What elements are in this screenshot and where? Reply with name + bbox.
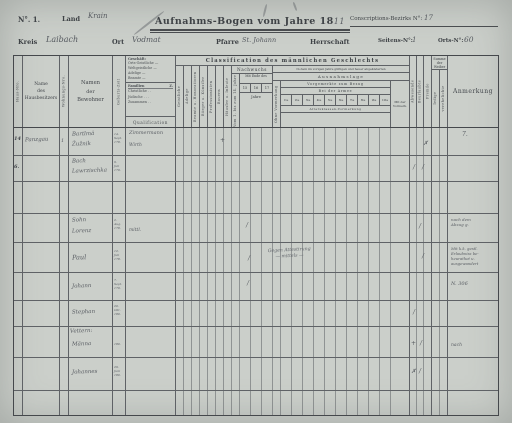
cell-birth: [113, 182, 126, 213]
column-rule-line: [391, 301, 410, 326]
column-rule-line: [314, 214, 325, 242]
age-col: 8te: [358, 95, 369, 105]
column-rule-line: [240, 156, 251, 181]
column-rule-line: [176, 301, 184, 326]
column-rule-line: [325, 243, 336, 272]
cell-hausnr: [14, 214, 23, 242]
summe-subcol-label: verehelichte: [440, 70, 447, 127]
class-vcol: Geistliche: [176, 66, 184, 127]
cell-classification: [176, 182, 410, 213]
table-row: Johannes 29.Juni180. ✗ /: [14, 358, 498, 391]
column-rule-line: [176, 391, 184, 415]
column-rule-line: [336, 273, 347, 300]
column-rule-line: [251, 358, 262, 390]
column-rule-line: [216, 182, 224, 213]
cell-birth: 12.Juli178.: [113, 243, 126, 272]
column-rule-line: [347, 156, 358, 181]
year-col: 16: [251, 84, 262, 92]
column-rule-line: [314, 327, 325, 357]
cell-classification: +: [176, 128, 410, 155]
cell-owner: [23, 156, 60, 181]
ausnahmslage-label: Ausnahmslage: [273, 73, 409, 81]
wohnnr-value: 1: [61, 138, 64, 144]
cell-name: Stephan: [69, 301, 113, 326]
summe-subcol: verehelichte: [440, 70, 447, 127]
status-mark: /: [422, 164, 424, 171]
column-rule-line: [424, 214, 432, 242]
column-rule-line: [273, 327, 281, 357]
status-mark: ✗: [423, 140, 428, 147]
column-rule-line: [262, 358, 273, 390]
status-mark: ✗: [411, 368, 416, 375]
column-rule-line: [424, 243, 432, 272]
summe-title: Summe der Weiber: [432, 56, 447, 70]
jahre-caption: Jahre: [240, 93, 272, 101]
cell-anmerkung: nach: [448, 327, 498, 357]
cell-summe: [432, 156, 448, 181]
column-rule-line: [336, 128, 347, 155]
age-col: 3te: [303, 95, 314, 105]
column-rule-line: [208, 273, 216, 300]
column-rule-line: [208, 214, 216, 242]
column-rule-line: [325, 327, 336, 357]
column-rule-line: [391, 243, 410, 272]
col-header-anmerkung: Anmerkung: [448, 56, 498, 127]
column-rule-line: [314, 182, 325, 213]
qualification-value: mittl.: [129, 228, 141, 233]
column-rule-line: [208, 243, 216, 272]
status-vcol: Beurlaubte: [417, 56, 424, 127]
column-rule-line: [200, 301, 208, 326]
inhabitant-name: Lorenz: [72, 228, 111, 235]
col-header-hausbesitzer: Name des Hausbesitzers: [23, 56, 60, 127]
cell-status: + /: [410, 327, 432, 357]
cell-name: Bartlmä Žužnik: [69, 128, 113, 155]
column-rule-line: [224, 358, 232, 390]
column-rule-line: [410, 214, 417, 242]
seiten-label: Seitens-N°:: [378, 38, 413, 44]
classification-mark: +: [220, 137, 225, 144]
anmerkung-value: N. 306: [451, 281, 497, 288]
column-rule-line: [176, 156, 184, 181]
table-header: Haus-Nro. Name des Hausbesitzers Wohnung…: [14, 56, 498, 128]
column-rule-line: [208, 391, 216, 415]
column-rule-line: [440, 327, 448, 357]
column-rule-line: [369, 214, 380, 242]
column-rule-line: [325, 301, 336, 326]
column-rule-line: [292, 214, 303, 242]
column-rule-line: [184, 214, 192, 242]
cell-status: / /: [410, 156, 432, 181]
column-rule-line: [251, 214, 262, 242]
col-group-status: Abwesende Beurlaubte Fremde: [410, 56, 432, 127]
column-rule-line: [292, 391, 303, 415]
column-rule-line: [200, 182, 208, 213]
column-rule-line: [176, 128, 184, 155]
birth-line: 180.: [114, 374, 125, 378]
cell-classification: / Gegen Attestirung — mittels —: [176, 243, 410, 272]
class-vcol-label: Bürger u. Künstler: [200, 66, 207, 127]
cell-owner: [23, 358, 60, 390]
column-rule-line: [184, 358, 192, 390]
column-rule-line: [303, 182, 314, 213]
cell-wohnnr: [60, 182, 69, 213]
cell-hausnr: [14, 301, 23, 326]
cell-wohnnr: [60, 273, 69, 300]
column-rule-line: [347, 273, 358, 300]
kreis-label: Kreis: [18, 38, 37, 46]
cell-classification: [176, 301, 410, 326]
cell-anmerkung: N. 306: [448, 273, 498, 300]
cell-owner: [23, 273, 60, 300]
column-rule-line: [224, 243, 232, 272]
column-rule-line: [303, 358, 314, 390]
column-rule-line: [184, 327, 192, 357]
status-mark: /: [420, 340, 422, 347]
cell-birth: 180.: [113, 327, 126, 357]
column-rule-line: [325, 156, 336, 181]
column-rule-line: [358, 273, 369, 300]
summe-subcol: ledige: [432, 70, 440, 127]
bewohner-label-1: Namen: [81, 79, 100, 87]
column-rule-line: [232, 358, 240, 390]
right-group-line1: In dem im vorigen Jahre gültigen und heu…: [273, 66, 409, 73]
cell-status: /: [410, 243, 432, 272]
cell-owner: [23, 243, 60, 272]
birth-line: 180.: [114, 343, 125, 347]
class-vcol: Bauern: [216, 66, 224, 127]
column-rule-line: [262, 273, 273, 300]
status-vcol-label: Fremde: [424, 56, 432, 127]
table-row: Paul 12.Juli178. / Gegen Attestirung — m…: [14, 243, 498, 273]
status-mark: +: [411, 340, 416, 347]
class-vcol-label: Professionisten: [208, 66, 215, 127]
column-rule-line: [303, 214, 314, 242]
hausnr-value: 14: [14, 136, 21, 142]
cell-name: Paul: [69, 243, 113, 272]
column-rule-line: [216, 156, 224, 181]
inhabitant-name: Paul: [72, 253, 111, 261]
column-rule-line: [358, 327, 369, 357]
form-title: Aufnahms-Bogen vom Jahre 1811: [150, 16, 350, 31]
cell-status: [410, 182, 432, 213]
column-rule-line: [176, 273, 184, 300]
column-rule-line: [325, 214, 336, 242]
column-rule-line: [251, 182, 262, 213]
summe-line3: Weiber: [432, 65, 447, 69]
cell-owner: [23, 391, 60, 415]
column-rule-line: [336, 301, 347, 326]
cell-birth: 20.Okt.180.: [113, 301, 126, 326]
column-rule-line: [292, 327, 303, 357]
column-rule-line: [192, 301, 200, 326]
cell-birth: 14.Sept.178.: [113, 128, 126, 155]
class-vcol-label: Beamte u. Honoratioren: [192, 66, 199, 127]
column-rule-line: [232, 301, 240, 326]
cell-birth: 29.Juni180.: [113, 358, 126, 390]
anmerkung-label: Anmerkung: [448, 56, 498, 127]
column-rule-line: [314, 391, 325, 415]
inhabitant-name: Johann: [72, 283, 111, 290]
column-rule-line: [176, 243, 184, 272]
cell-owner: [23, 301, 60, 326]
column-rule-line: [232, 391, 240, 415]
cell-wohnnr: [60, 358, 69, 390]
table-row: [14, 182, 498, 214]
column-rule-line: [336, 243, 347, 272]
class-vcol: Bürger u. Künstler: [200, 66, 208, 127]
cell-birth: 2.Aug.178.: [113, 214, 126, 242]
inhabitant-name: Bach: [72, 158, 111, 165]
table-row: 6. Bach Lawrzischka 9.Juli179. / /: [14, 156, 498, 182]
column-rule-line: [303, 391, 314, 415]
column-rule-line: [200, 243, 208, 272]
column-rule-line: [281, 182, 292, 213]
cell-anmerkung: [448, 156, 498, 181]
cell-status: [410, 273, 432, 300]
inhabitant-name: Lawrzischka: [72, 168, 111, 175]
column-rule-line: [273, 128, 281, 155]
geschaeft-row: Beamte —: [128, 76, 146, 81]
column-rule-line: [314, 273, 325, 300]
col-header-wohnungs-nro: Wohnungs-Nro.: [60, 56, 69, 127]
column-rule-line: [176, 358, 184, 390]
column-rule-line: [232, 327, 240, 357]
cell-name: [69, 391, 113, 415]
cell-hausnr: [14, 327, 23, 357]
col-header-geburtszeit: Geburts-Zeit: [113, 56, 126, 127]
column-rule-line: [424, 273, 432, 300]
column-rule-line: [192, 358, 200, 390]
anmerkung-line: ausgewandert: [451, 261, 497, 266]
birth-line: 178.: [114, 141, 125, 145]
birth-line: 178.: [114, 227, 125, 231]
column-rule-line: [200, 156, 208, 181]
cell-summe: [432, 214, 448, 242]
land-value: Krain: [88, 12, 108, 20]
column-rule-line: [314, 156, 325, 181]
column-rule-line: [369, 156, 380, 181]
column-rule-line: [440, 391, 448, 415]
column-rule-line: [281, 327, 292, 357]
column-rule-line: [432, 327, 440, 357]
inhabitant-name: Vettern:: [70, 328, 111, 335]
cell-summe: [432, 273, 448, 300]
column-rule-line: [347, 243, 358, 272]
column-rule-line: [184, 391, 192, 415]
column-rule-line: [292, 128, 303, 155]
column-rule-line: [358, 182, 369, 213]
age-col: 6te: [336, 95, 347, 105]
class-vcol: Häusler u. Inleute: [224, 66, 232, 127]
column-rule-line: [369, 391, 380, 415]
cell-wohnnr: [60, 156, 69, 181]
column-rule-line: [347, 182, 358, 213]
column-rule-line: [273, 358, 281, 390]
class-vcol-label: Bauern: [216, 66, 223, 127]
wohnungs-nro-label: Wohnungs-Nro.: [60, 56, 68, 127]
anmerkung-line: Abzug g.: [451, 222, 497, 227]
column-rule-line: [347, 301, 358, 326]
column-rule-line: [224, 301, 232, 326]
column-rule-line: [176, 182, 184, 213]
bei-der-armee-label: Bei der Armee: [281, 88, 390, 95]
column-rule-line: [432, 301, 440, 326]
class-vcol-label: Häusler u. Inleute: [224, 66, 231, 127]
column-rule-line: [336, 391, 347, 415]
column-rule-line: [251, 301, 262, 326]
familien-box: FamilienZ. Christliche . . Jüdische . . …: [126, 83, 175, 117]
geburtszeit-label: Geburts-Zeit: [113, 56, 125, 127]
column-rule-line: [224, 156, 232, 181]
cell-wohnnr: [60, 243, 69, 272]
inhabitant-name: Sohn: [72, 217, 111, 224]
cell-anmerkung: [448, 391, 498, 415]
cell-hausnr: [14, 391, 23, 415]
column-rule-line: [325, 273, 336, 300]
column-rule-line: [200, 358, 208, 390]
column-rule-line: [391, 214, 410, 242]
table-row: 14 Panzgau 1 Bartlmä Žužnik 14.Sept.178.…: [14, 128, 498, 156]
column-rule-line: [224, 128, 232, 155]
column-rule-line: [347, 391, 358, 415]
column-rule-line: [347, 214, 358, 242]
column-rule-line: [224, 273, 232, 300]
column-rule-line: [440, 243, 448, 272]
column-rule-line: [391, 273, 410, 300]
column-rule-line: [410, 182, 417, 213]
classification-title: Classification des männlichen Geschlecht…: [176, 56, 409, 66]
familien-zahl-label: Z.: [169, 84, 173, 88]
conscription-district: Conscriptions-Bezirks N°: 17: [350, 14, 498, 27]
cell-classification: [176, 358, 410, 390]
cell-classification: /: [176, 273, 410, 300]
year-col: 15: [240, 84, 251, 92]
column-rule-line: [216, 273, 224, 300]
cell-classification: /: [176, 214, 410, 242]
col-group-summe: Summe der Weiber ledige verehelichte: [432, 56, 448, 127]
status-vcol-label: Abwesende: [410, 56, 416, 127]
column-rule-line: [314, 128, 325, 155]
column-rule-line: [200, 327, 208, 357]
inhabitant-name: Stephan: [72, 309, 111, 316]
inhabitant-name: Bartlmä: [72, 131, 111, 138]
cell-qualification: [126, 243, 176, 272]
column-rule-line: [192, 243, 200, 272]
column-rule-line: [216, 214, 224, 242]
column-rule-line: [303, 301, 314, 326]
cell-status: ✗: [410, 128, 432, 155]
column-rule-line: [273, 301, 281, 326]
vormerkung-label-2: Vormerk.: [391, 104, 409, 108]
land-label: Land: [62, 15, 80, 23]
column-rule-line: [251, 391, 262, 415]
cell-classification: [176, 327, 410, 357]
right-vcol: Ohne Vormerkung: [273, 81, 281, 127]
column-rule-line: [232, 273, 240, 300]
column-rule-line: [432, 391, 440, 415]
status-mark: /: [413, 309, 415, 316]
note-line: — mittels —: [268, 253, 311, 261]
column-rule-line: [410, 391, 417, 415]
column-rule-line: [232, 182, 240, 213]
column-rule-line: [281, 391, 292, 415]
column-rule-line: [358, 128, 369, 155]
inhabitant-name: Männa: [72, 341, 111, 348]
cell-hausnr: [14, 358, 23, 390]
cell-wohnnr: 1: [60, 128, 69, 155]
owner-value: Panzgau: [25, 137, 49, 144]
table-row: Vettern: Männa 180. + / nach: [14, 327, 498, 358]
ort-value: Vodmat: [132, 35, 161, 44]
status-mark: /: [413, 164, 415, 171]
cell-wohnnr: [60, 301, 69, 326]
qualification-value: Zimmermann: [129, 130, 163, 136]
column-rule-line: [251, 128, 262, 155]
age-col: 10te: [380, 95, 390, 105]
cell-summe: [432, 301, 448, 326]
census-form-sheet: N°. 1. Land Krain Aufnahms-Bogen vom Jah…: [0, 0, 512, 423]
column-rule-line: [292, 182, 303, 213]
cell-name: Bach Lawrzischka: [69, 156, 113, 181]
column-rule-line: [358, 156, 369, 181]
column-rule-line: [391, 128, 410, 155]
column-rule-line: [184, 243, 192, 272]
birth-line: 179.: [114, 169, 125, 173]
column-rule-line: [251, 156, 262, 181]
column-rule-line: [224, 214, 232, 242]
conscription-district-value: 17: [424, 14, 433, 22]
status-vcol: Abwesende: [410, 56, 417, 127]
column-rule-line: [336, 358, 347, 390]
column-rule-line: [251, 273, 262, 300]
column-rule-line: [192, 156, 200, 181]
table-row: Sohn Lorenz 2.Aug.178. mittl. / /: [14, 214, 498, 243]
column-rule-line: [262, 156, 273, 181]
column-rule-line: [176, 214, 184, 242]
column-rule-line: [303, 128, 314, 155]
column-rule-line: [380, 301, 391, 326]
kreis-value: Laibach: [46, 35, 78, 44]
class-vcol-label: Adelige: [184, 66, 191, 127]
table-row: Stephan 20.Okt.180. /: [14, 301, 498, 327]
column-rule-line: [262, 128, 273, 155]
column-rule-line: [240, 358, 251, 390]
cell-qualification: [126, 358, 176, 390]
vormerkung-col: Mit der Vormerk.: [390, 81, 409, 127]
column-rule-line: [184, 128, 192, 155]
column-rule-line: [391, 358, 410, 390]
column-rule-line: [424, 301, 432, 326]
column-rule-line: [369, 301, 380, 326]
cell-wohnnr: [60, 214, 69, 242]
column-rule-line: [273, 156, 281, 181]
column-rule-line: [192, 128, 200, 155]
column-rule-line: [240, 327, 251, 357]
column-rule-line: [200, 128, 208, 155]
column-rule-line: [314, 243, 325, 272]
column-rule-line: [440, 182, 448, 213]
cell-status: [410, 391, 432, 415]
column-rule-line: [380, 156, 391, 181]
column-rule-line: [325, 391, 336, 415]
cell-status: /: [410, 214, 432, 242]
column-rule-line: [251, 243, 262, 272]
column-rule-line: [432, 273, 440, 300]
table-body: 14 Panzgau 1 Bartlmä Žužnik 14.Sept.178.…: [14, 128, 498, 415]
column-rule-line: [281, 214, 292, 242]
cell-qualification: Zimmermann Wirth: [126, 128, 176, 155]
